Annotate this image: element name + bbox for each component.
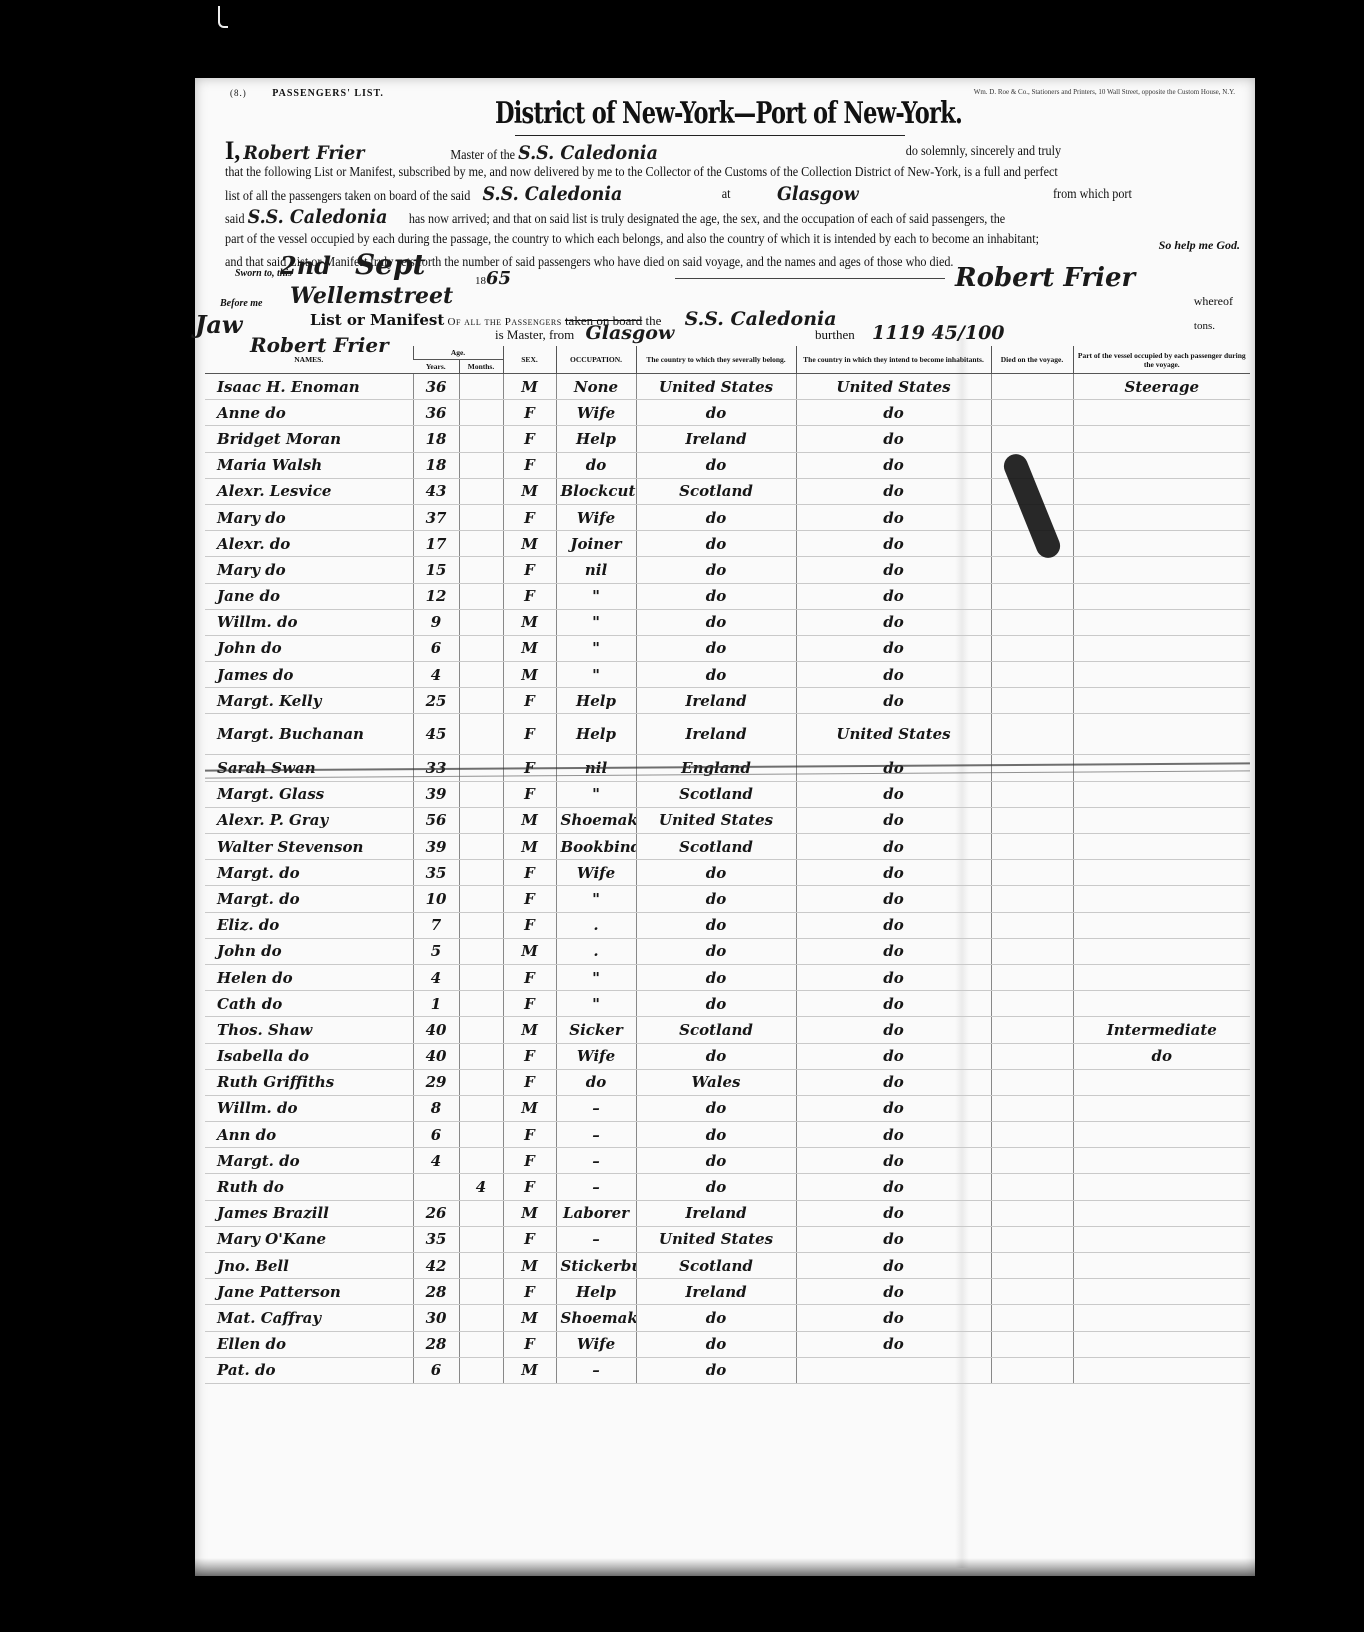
sex: F xyxy=(503,688,556,714)
passenger-name: Mary O'Kane xyxy=(205,1226,413,1252)
died-on-voyage xyxy=(991,1279,1073,1305)
country-inhabit: do xyxy=(796,478,991,504)
passenger-name: Margt. Glass xyxy=(205,781,413,807)
age-months xyxy=(459,609,503,635)
sex: F xyxy=(503,1279,556,1305)
age-years: 5 xyxy=(413,938,459,964)
died-on-voyage xyxy=(991,991,1073,1017)
country-inhabit: do xyxy=(796,886,991,912)
age-months xyxy=(459,1148,503,1174)
age-years: 45 xyxy=(413,714,459,755)
country-inhabit: do xyxy=(796,1200,991,1226)
passenger-name: James Brazill xyxy=(205,1200,413,1226)
age-months xyxy=(459,912,503,938)
age-months xyxy=(459,1095,503,1121)
died-on-voyage xyxy=(991,834,1073,860)
sex: F xyxy=(503,452,556,478)
age-months xyxy=(459,557,503,583)
vessel-part xyxy=(1073,1305,1250,1331)
vessel-part xyxy=(1073,938,1250,964)
age-months xyxy=(459,688,503,714)
country-belong: do xyxy=(636,1331,796,1357)
vessel-part xyxy=(1073,583,1250,609)
burthen: burthen 1119 45/100 xyxy=(815,322,1005,344)
vessel-part xyxy=(1073,1226,1250,1252)
before-me-label: Before me xyxy=(220,298,263,309)
sworn-month: Sept xyxy=(355,248,426,281)
table-row: Margt. Buchanan45FHelpIrelandUnited Stat… xyxy=(205,714,1250,755)
sex: M xyxy=(503,1357,556,1383)
vessel-part xyxy=(1073,886,1250,912)
age-months xyxy=(459,400,503,426)
sex: F xyxy=(503,1226,556,1252)
sex: F xyxy=(503,557,556,583)
country-inhabit: United States xyxy=(796,714,991,755)
died-on-voyage xyxy=(991,609,1073,635)
form-label: (8.) PASSENGERS' LIST. xyxy=(230,88,384,99)
age-months xyxy=(459,426,503,452)
col-names: NAMES. xyxy=(205,346,413,374)
table-row: Helen do4F"dodo xyxy=(205,964,1250,990)
country-belong: do xyxy=(636,1357,796,1383)
country-belong: do xyxy=(636,964,796,990)
passenger-name: Walter Stevenson xyxy=(205,834,413,860)
table-row: James Brazill26MLaborerIrelanddo xyxy=(205,1200,1250,1226)
table-row: Ruth Griffiths29FdoWalesdo xyxy=(205,1069,1250,1095)
table-row: Maria Walsh18Fdododo xyxy=(205,452,1250,478)
passenger-name: Mary do xyxy=(205,504,413,530)
passenger-name: Alexr. P. Gray xyxy=(205,807,413,833)
vessel-part xyxy=(1073,1069,1250,1095)
country-inhabit: do xyxy=(796,1305,991,1331)
country-belong: do xyxy=(636,400,796,426)
occupation: – xyxy=(556,1174,636,1200)
age-years: 25 xyxy=(413,688,459,714)
age-months: 4 xyxy=(459,1174,503,1200)
country-belong: Ireland xyxy=(636,1279,796,1305)
died-on-voyage xyxy=(991,807,1073,833)
col-vessel-part: Part of the vessel occupied by each pass… xyxy=(1073,346,1250,374)
solemnly-text: do solemnly, sincerely and truly xyxy=(906,140,1061,163)
passenger-name: Cath do xyxy=(205,991,413,1017)
died-on-voyage xyxy=(991,964,1073,990)
age-years: 10 xyxy=(413,886,459,912)
country-belong: do xyxy=(636,1148,796,1174)
vessel-part xyxy=(1073,504,1250,530)
age-months xyxy=(459,714,503,755)
table-row: Margt. Kelly25FHelpIrelanddo xyxy=(205,688,1250,714)
table-row: Ellen do28FWifedodo xyxy=(205,1331,1250,1357)
year-suffix: 65 xyxy=(486,268,511,289)
occupation: " xyxy=(556,781,636,807)
sworn-day: 2nd xyxy=(280,251,331,280)
occupation: – xyxy=(556,1357,636,1383)
country-belong: do xyxy=(636,635,796,661)
age-months xyxy=(459,1279,503,1305)
table-row: Pat. do6M–do xyxy=(205,1357,1250,1383)
sex: F xyxy=(503,400,556,426)
page-edge-shadow xyxy=(195,1558,1255,1576)
died-on-voyage xyxy=(991,426,1073,452)
passenger-name: Maria Walsh xyxy=(205,452,413,478)
passenger-name: Helen do xyxy=(205,964,413,990)
died-on-voyage xyxy=(991,714,1073,755)
occupation: " xyxy=(556,583,636,609)
officer-initials: Jaw xyxy=(195,310,243,339)
age-years: 26 xyxy=(413,1200,459,1226)
occupation: . xyxy=(556,912,636,938)
age-months xyxy=(459,834,503,860)
col-age: Age. xyxy=(413,346,503,360)
occupation: Blockcutter xyxy=(556,478,636,504)
vessel-part xyxy=(1073,557,1250,583)
country-inhabit: do xyxy=(796,1331,991,1357)
sex: F xyxy=(503,781,556,807)
tons-label: tons. xyxy=(1194,320,1215,332)
country-inhabit: do xyxy=(796,662,991,688)
vessel-part xyxy=(1073,1200,1250,1226)
country-belong: do xyxy=(636,886,796,912)
vessel-part xyxy=(1073,1279,1250,1305)
country-inhabit: do xyxy=(796,964,991,990)
country-inhabit: do xyxy=(796,1148,991,1174)
col-occupation: OCCUPATION. xyxy=(556,346,636,374)
occupation: Help xyxy=(556,1279,636,1305)
table-row: Margt. Glass39F"Scotlanddo xyxy=(205,781,1250,807)
sex: M xyxy=(503,531,556,557)
age-months xyxy=(459,1226,503,1252)
table-row: Alexr. Lesvice43MBlockcutterScotlanddo xyxy=(205,478,1250,504)
country-belong: do xyxy=(636,991,796,1017)
passenger-name: John do xyxy=(205,938,413,964)
died-on-voyage xyxy=(991,1043,1073,1069)
ship-name-3-handwritten: S.S. Caledonia xyxy=(248,206,388,228)
occupation: Help xyxy=(556,688,636,714)
occupation: Shoemaker xyxy=(556,807,636,833)
officer-signature: Wellemstreet xyxy=(290,283,453,309)
sex: M xyxy=(503,1200,556,1226)
country-belong: Scotland xyxy=(636,1253,796,1279)
page-title: District of New-York—Port of New-York. xyxy=(495,96,962,131)
age-years: 8 xyxy=(413,1095,459,1121)
sex: M xyxy=(503,609,556,635)
passenger-name: Margt. do xyxy=(205,886,413,912)
country-belong: United States xyxy=(636,374,796,400)
sex: F xyxy=(503,964,556,990)
vessel-part xyxy=(1073,964,1250,990)
occupation: " xyxy=(556,609,636,635)
country-belong: do xyxy=(636,938,796,964)
table-row: Anne do36FWifedodo xyxy=(205,400,1250,426)
age-years: 4 xyxy=(413,662,459,688)
country-belong: do xyxy=(636,1174,796,1200)
col-country-inhabit: The country in which they intend to beco… xyxy=(796,346,991,374)
occupation: do xyxy=(556,1069,636,1095)
age-months xyxy=(459,504,503,530)
country-belong: Ireland xyxy=(636,1200,796,1226)
passenger-name: Ann do xyxy=(205,1122,413,1148)
table-row: Jane do12F"dodo xyxy=(205,583,1250,609)
vessel-part xyxy=(1073,531,1250,557)
age-years: 4 xyxy=(413,1148,459,1174)
age-years: 6 xyxy=(413,635,459,661)
table-row: Alexr. P. Gray56MShoemakerUnited Statesd… xyxy=(205,807,1250,833)
age-years: 35 xyxy=(413,860,459,886)
occupation: Wife xyxy=(556,860,636,886)
country-inhabit: do xyxy=(796,1095,991,1121)
country-inhabit: do xyxy=(796,1226,991,1252)
table-row: Cath do1F"dodo xyxy=(205,991,1250,1017)
age-years: 36 xyxy=(413,374,459,400)
table-row: James do4M"dodo xyxy=(205,662,1250,688)
table-row: Ruth do4F–dodo xyxy=(205,1174,1250,1200)
table-row: Eliz. do7F.dodo xyxy=(205,912,1250,938)
passenger-name: Margt. do xyxy=(205,860,413,886)
so-help-me-god: So help me God. xyxy=(1159,238,1240,253)
country-inhabit: do xyxy=(796,426,991,452)
country-inhabit: do xyxy=(796,531,991,557)
sex: M xyxy=(503,1017,556,1043)
died-on-voyage xyxy=(991,1357,1073,1383)
year-label: 1865 xyxy=(475,268,511,289)
occupation: " xyxy=(556,662,636,688)
vessel-part xyxy=(1073,688,1250,714)
passenger-name: Willm. do xyxy=(205,1095,413,1121)
manifest-ship-name: S.S. Caledonia xyxy=(685,308,837,330)
is-master-from-label: is Master, from xyxy=(495,327,574,342)
country-inhabit: do xyxy=(796,991,991,1017)
form-number: (8.) xyxy=(230,88,247,98)
sex: M xyxy=(503,635,556,661)
age-years: 18 xyxy=(413,426,459,452)
age-months xyxy=(459,1305,503,1331)
died-on-voyage xyxy=(991,1253,1073,1279)
country-inhabit: do xyxy=(796,1122,991,1148)
occupation: Shoemaker xyxy=(556,1305,636,1331)
vessel-part xyxy=(1073,1148,1250,1174)
country-belong: Scotland xyxy=(636,781,796,807)
sex: F xyxy=(503,504,556,530)
sex: F xyxy=(503,1331,556,1357)
age-months xyxy=(459,807,503,833)
age-years: 6 xyxy=(413,1357,459,1383)
died-on-voyage xyxy=(991,938,1073,964)
sex: M xyxy=(503,834,556,860)
occupation: Sicker xyxy=(556,1017,636,1043)
died-on-voyage xyxy=(991,886,1073,912)
country-inhabit: do xyxy=(796,1017,991,1043)
country-inhabit: do xyxy=(796,635,991,661)
said-label: said xyxy=(225,211,245,226)
age-years: 28 xyxy=(413,1279,459,1305)
table-row: Margt. do35FWifedodo xyxy=(205,860,1250,886)
occupation: – xyxy=(556,1122,636,1148)
age-years: 39 xyxy=(413,834,459,860)
occupation: nil xyxy=(556,557,636,583)
passenger-table: NAMES. Age. SEX. OCCUPATION. The country… xyxy=(205,346,1250,1384)
vessel-part: Steerage xyxy=(1073,374,1250,400)
vessel-part xyxy=(1073,635,1250,661)
passenger-name: James do xyxy=(205,662,413,688)
age-years: 37 xyxy=(413,504,459,530)
at-label: at xyxy=(722,183,731,206)
occupation: Bookbinder xyxy=(556,834,636,860)
country-inhabit: do xyxy=(796,1279,991,1305)
table-header-row: NAMES. Age. SEX. OCCUPATION. The country… xyxy=(205,346,1250,360)
from-port-handwritten: Glasgow xyxy=(586,322,675,344)
occupation: " xyxy=(556,635,636,661)
vessel-part xyxy=(1073,860,1250,886)
occupation: " xyxy=(556,991,636,1017)
country-inhabit: do xyxy=(796,400,991,426)
passenger-name: Thos. Shaw xyxy=(205,1017,413,1043)
country-belong: do xyxy=(636,662,796,688)
died-on-voyage xyxy=(991,635,1073,661)
passenger-name: Margt. Kelly xyxy=(205,688,413,714)
country-inhabit: do xyxy=(796,557,991,583)
country-belong: United States xyxy=(636,807,796,833)
country-belong: Ireland xyxy=(636,688,796,714)
passenger-name: Alexr. Lesvice xyxy=(205,478,413,504)
died-on-voyage xyxy=(991,557,1073,583)
died-on-voyage xyxy=(991,400,1073,426)
vessel-part xyxy=(1073,991,1250,1017)
country-belong: Scotland xyxy=(636,478,796,504)
vessel-part xyxy=(1073,662,1250,688)
ship-name-2-handwritten: S.S. Caledonia xyxy=(483,183,623,205)
age-years xyxy=(413,1174,459,1200)
age-months xyxy=(459,583,503,609)
table-row: Mary do15Fnildodo xyxy=(205,557,1250,583)
col-years: Years. xyxy=(413,360,459,374)
died-on-voyage xyxy=(991,1095,1073,1121)
age-years: 40 xyxy=(413,1043,459,1069)
vessel-part xyxy=(1073,1331,1250,1357)
sex: M xyxy=(503,662,556,688)
vessel-part xyxy=(1073,1095,1250,1121)
occupation: Stickerbuilder xyxy=(556,1253,636,1279)
died-on-voyage xyxy=(991,1305,1073,1331)
signature-rule xyxy=(675,278,945,279)
table-row: Mary O'Kane35F–United Statesdo xyxy=(205,1226,1250,1252)
country-inhabit: United States xyxy=(796,374,991,400)
country-belong: Wales xyxy=(636,1069,796,1095)
sex: F xyxy=(503,1174,556,1200)
age-years: 40 xyxy=(413,1017,459,1043)
age-months xyxy=(459,860,503,886)
col-country-belong: The country to which they severally belo… xyxy=(636,346,796,374)
country-belong: do xyxy=(636,452,796,478)
passenger-name: Jane Patterson xyxy=(205,1279,413,1305)
vessel-part xyxy=(1073,609,1250,635)
age-months xyxy=(459,938,503,964)
occupation: – xyxy=(556,1095,636,1121)
passenger-name: Ellen do xyxy=(205,1331,413,1357)
occupation: Wife xyxy=(556,1331,636,1357)
vessel-part xyxy=(1073,781,1250,807)
age-months xyxy=(459,1331,503,1357)
country-inhabit: do xyxy=(796,912,991,938)
country-belong: do xyxy=(636,583,796,609)
table-row: Margt. do4F–dodo xyxy=(205,1148,1250,1174)
died-on-voyage xyxy=(991,583,1073,609)
age-months xyxy=(459,886,503,912)
age-years: 12 xyxy=(413,583,459,609)
age-months xyxy=(459,1253,503,1279)
table-row: Walter Stevenson39MBookbinderScotlanddo xyxy=(205,834,1250,860)
occupation: . xyxy=(556,938,636,964)
died-on-voyage xyxy=(991,1148,1073,1174)
died-on-voyage xyxy=(991,1200,1073,1226)
table-row: John do6M"dodo xyxy=(205,635,1250,661)
vessel-part xyxy=(1073,400,1250,426)
table-row: Jane Patterson28FHelpIrelanddo xyxy=(205,1279,1250,1305)
country-belong: do xyxy=(636,531,796,557)
occupation: Wife xyxy=(556,400,636,426)
country-belong: do xyxy=(636,1122,796,1148)
age-years: 6 xyxy=(413,1122,459,1148)
country-inhabit: do xyxy=(796,1043,991,1069)
age-years: 36 xyxy=(413,400,459,426)
table-row: Isaac H. Enoman36MNoneUnited StatesUnite… xyxy=(205,374,1250,400)
died-on-voyage xyxy=(991,374,1073,400)
list-or-manifest: List or Manifest xyxy=(310,311,444,329)
occupation: " xyxy=(556,886,636,912)
age-years: 43 xyxy=(413,478,459,504)
occupation: – xyxy=(556,1226,636,1252)
port-handwritten: Glasgow xyxy=(777,183,859,206)
passenger-name: Margt. do xyxy=(205,1148,413,1174)
passenger-name: Mary do xyxy=(205,557,413,583)
passenger-name: Jane do xyxy=(205,583,413,609)
passenger-name: Bridget Moran xyxy=(205,426,413,452)
oath-line-2: that the following List or Manifest, sub… xyxy=(225,161,1145,184)
age-months xyxy=(459,1122,503,1148)
died-on-voyage xyxy=(991,662,1073,688)
passenger-name: Ruth Griffiths xyxy=(205,1069,413,1095)
age-years: 17 xyxy=(413,531,459,557)
age-years: 15 xyxy=(413,557,459,583)
vessel-part xyxy=(1073,1357,1250,1383)
age-years: 7 xyxy=(413,912,459,938)
sex: F xyxy=(503,426,556,452)
country-belong: do xyxy=(636,1305,796,1331)
oath-line-4: has now arrived; and that on said list i… xyxy=(409,211,1005,226)
country-belong: do xyxy=(636,860,796,886)
passenger-name: Margt. Buchanan xyxy=(205,714,413,755)
sex: F xyxy=(503,714,556,755)
age-years: 18 xyxy=(413,452,459,478)
form-label-text: PASSENGERS' LIST. xyxy=(272,88,384,99)
vessel-part xyxy=(1073,714,1250,755)
age-months xyxy=(459,781,503,807)
died-on-voyage xyxy=(991,912,1073,938)
passenger-name: Pat. do xyxy=(205,1357,413,1383)
col-died: Died on the voyage. xyxy=(991,346,1073,374)
country-inhabit: do xyxy=(796,834,991,860)
died-on-voyage xyxy=(991,688,1073,714)
master-signature: Robert Frier xyxy=(955,263,1135,293)
country-belong: do xyxy=(636,1043,796,1069)
age-months xyxy=(459,478,503,504)
sex: F xyxy=(503,1043,556,1069)
sex: F xyxy=(503,912,556,938)
sex: M xyxy=(503,374,556,400)
table-row: Margt. do10F"dodo xyxy=(205,886,1250,912)
age-months xyxy=(459,1200,503,1226)
age-months xyxy=(459,1017,503,1043)
occupation: Help xyxy=(556,714,636,755)
